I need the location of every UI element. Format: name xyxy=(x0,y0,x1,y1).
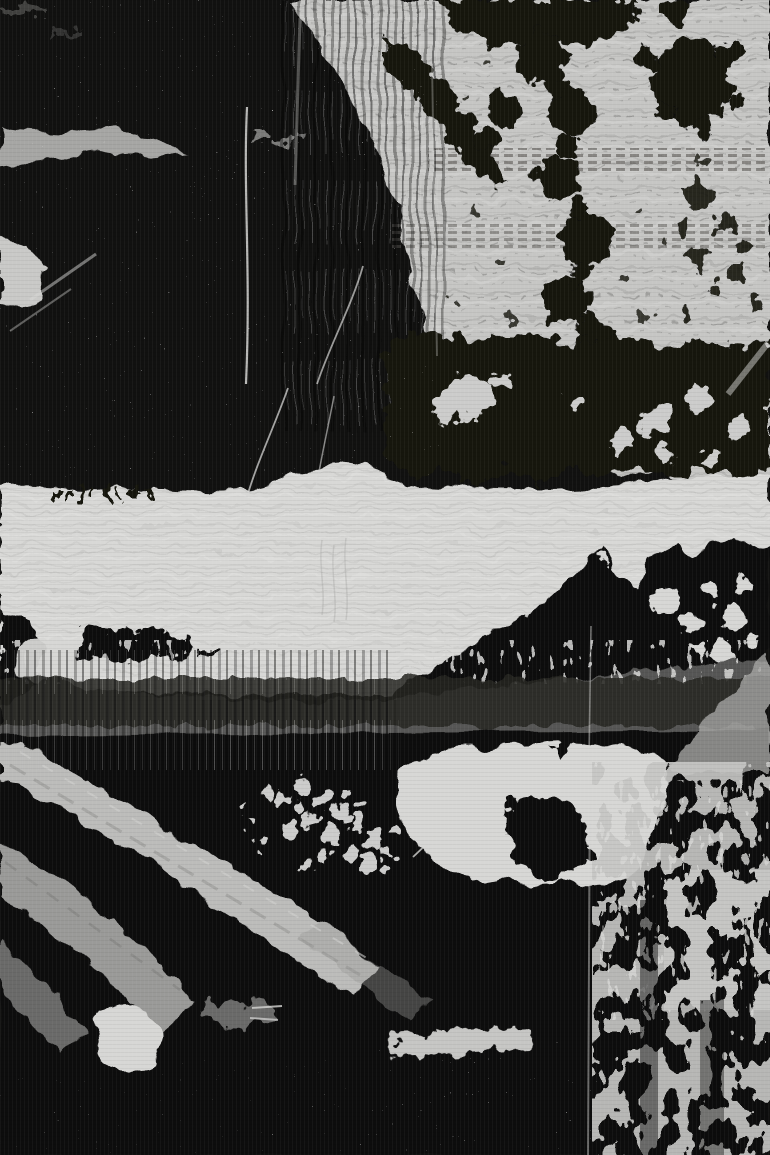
film-grain-overlay xyxy=(0,0,770,1155)
abstract-painting-photo xyxy=(0,0,770,1155)
painting-canvas xyxy=(0,0,770,1155)
